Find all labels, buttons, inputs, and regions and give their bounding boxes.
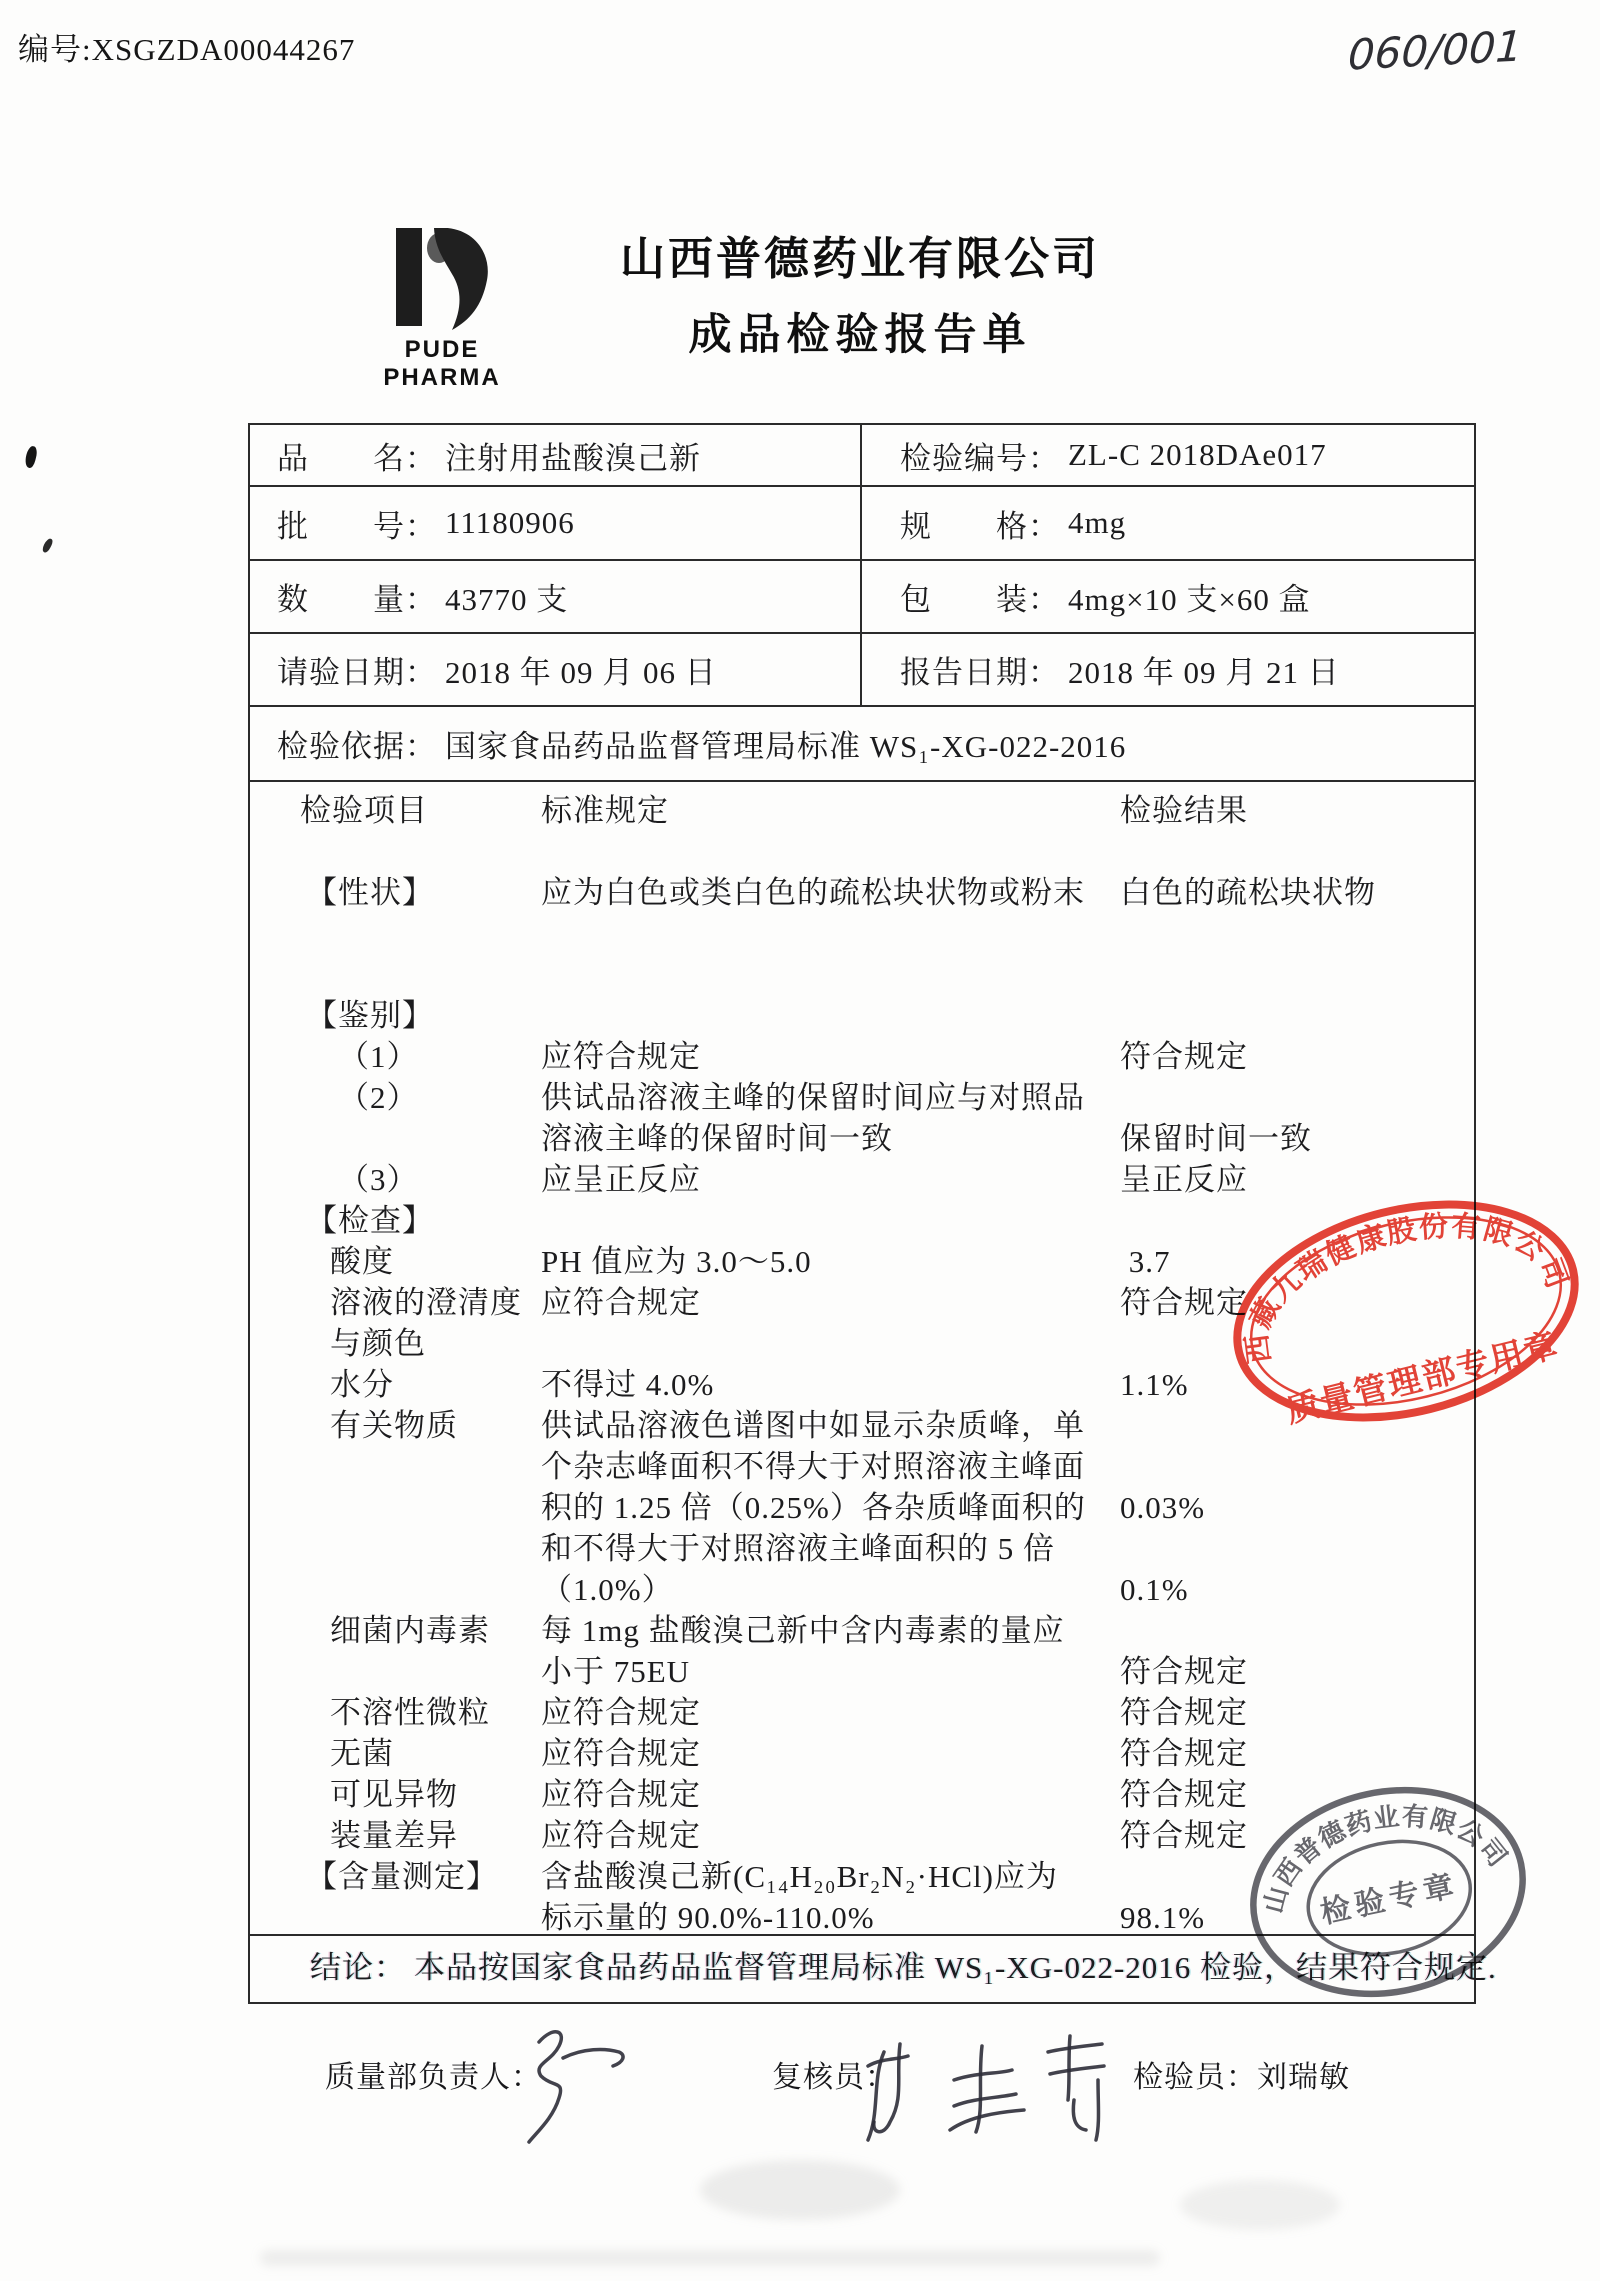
handwritten-page-code: 060/001	[1347, 21, 1524, 79]
report-date-label: 报告日期：	[900, 647, 1060, 692]
item-standard	[541, 1323, 1120, 1364]
spec-value: 4mg	[1068, 505, 1126, 541]
inspection-stamp: 山西普德药业有限公司 检验专章	[1238, 1776, 1538, 2008]
item-result: 符合规定	[1120, 1733, 1474, 1774]
item-result: 符合规定	[1120, 1651, 1474, 1692]
item-name: 与颜色	[250, 1323, 541, 1364]
pude-logo-icon	[382, 228, 502, 330]
item-name: 酸度	[250, 1241, 541, 1282]
basis-label: 检验依据：	[277, 721, 437, 766]
item-standard: 含盐酸溴己新(C₁₄H₂₀Br₂N₂·HCl)应为	[541, 1856, 1120, 1897]
item-standard: 应符合规定	[541, 1036, 1120, 1077]
package-value: 4mg×10 支×60 盒	[1068, 574, 1311, 619]
inspection-item-row: （1） 应符合规定 符合规定	[250, 1036, 1474, 1077]
inspector-label-name: 检验员：刘瑞敏	[1133, 2052, 1350, 2096]
inspection-item-row: 【性状】 应为白色或类白色的疏松块状物或粉末 白色的疏松块状物	[250, 872, 1474, 913]
package-label: 包 装：	[900, 574, 1060, 619]
scan-noise	[260, 2250, 1160, 2266]
inspection-item-row	[250, 831, 1474, 872]
item-name: 有关物质	[250, 1405, 541, 1446]
item-name: （3）	[250, 1159, 541, 1200]
inspection-item-row: （1.0%） 0.1%	[250, 1569, 1474, 1610]
item-name	[250, 913, 541, 954]
inspector-label: 检验员：	[1133, 2061, 1257, 2094]
item-name: 【检查】	[250, 1200, 541, 1241]
item-name	[250, 1118, 541, 1159]
item-name: 装量差异	[250, 1815, 541, 1856]
item-standard	[541, 913, 1120, 954]
doc-number: 编号:XSGZDA00044267	[18, 24, 355, 69]
request-date-value: 2018 年 09 月 06 日	[445, 647, 717, 692]
item-result	[1120, 1528, 1474, 1569]
item-standard: 标示量的 90.0%-110.0%	[541, 1897, 1120, 1934]
row-dates: 请验日期： 2018 年 09 月 06 日 报告日期： 2018 年 09 月…	[250, 634, 1474, 707]
item-name: 无菌	[250, 1733, 541, 1774]
inspection-item-row: 小于 75EU 符合规定	[250, 1651, 1474, 1692]
item-name	[250, 1528, 541, 1569]
item-standard: PH 值应为 3.0～5.0	[541, 1241, 1120, 1282]
inspection-item-row: 个杂志峰面积不得大于对照溶液主峰面	[250, 1446, 1474, 1487]
row-basis: 检验依据： 国家食品药品监督管理局标准 WS₁-XG-022-2016	[250, 707, 1474, 782]
item-name: 水分	[250, 1364, 541, 1405]
batch-no-label: 批 号：	[277, 501, 437, 546]
product-name-label: 品 名：	[277, 433, 437, 478]
item-name: 溶液的澄清度	[250, 1282, 541, 1323]
item-name: 【含量测定】	[250, 1856, 541, 1897]
item-standard	[541, 995, 1120, 1036]
inspection-item-row: 细菌内毒素 每 1mg 盐酸溴己新中含内毒素的量应	[250, 1610, 1474, 1651]
row-quantity: 数 量： 43770 支 包 装： 4mg×10 支×60 盒	[250, 561, 1474, 634]
col-header-result: 检验结果	[1120, 790, 1474, 831]
item-result: 0.1%	[1120, 1569, 1474, 1610]
item-standard: 和不得大于对照溶液主峰面积的 5 倍	[541, 1528, 1120, 1569]
quantity-cell: 数 量： 43770 支	[250, 561, 862, 632]
item-result	[1120, 995, 1474, 1036]
report-date-value: 2018 年 09 月 21 日	[1068, 647, 1340, 692]
item-result: 白色的疏松块状物	[1120, 872, 1474, 913]
item-standard	[541, 954, 1120, 995]
product-name-cell: 品 名： 注射用盐酸溴己新	[250, 425, 862, 485]
inspection-item-row: 积的 1.25 倍（0.25%）各杂质峰面积的 0.03%	[250, 1487, 1474, 1528]
basis-value: 国家食品药品监督管理局标准 WS₁-XG-022-2016	[445, 721, 1126, 766]
inspection-item-row: 和不得大于对照溶液主峰面积的 5 倍	[250, 1528, 1474, 1569]
item-result	[1120, 913, 1474, 954]
inspection-item-row: 【鉴别】	[250, 995, 1474, 1036]
item-name	[250, 1446, 541, 1487]
inspection-no-value: ZL-C 2018DAe017	[1068, 437, 1327, 473]
inspection-stamp-title: 检验专章	[1317, 1868, 1461, 1930]
item-standard	[541, 831, 1120, 872]
conclusion-label: 结论：	[310, 1942, 406, 1987]
item-result: 0.03%	[1120, 1487, 1474, 1528]
item-standard: 供试品溶液主峰的保留时间应与对照品	[541, 1077, 1120, 1118]
row-batch-no: 批 号： 11180906 规 格： 4mg	[250, 487, 1474, 561]
logo-wordmark: PUDE PHARMA	[352, 336, 532, 392]
item-name: （2）	[250, 1077, 541, 1118]
inspector-name: 刘瑞敏	[1257, 2061, 1350, 2094]
item-standard: 应为白色或类白色的疏松块状物或粉末	[541, 872, 1120, 913]
item-standard: 应符合规定	[541, 1815, 1120, 1856]
inspection-item-row	[250, 913, 1474, 954]
quality-dept-stamp: 西藏九瑞健康股份有限公司 质量管理部专用章	[1216, 1178, 1596, 1444]
item-standard: 应符合规定	[541, 1692, 1120, 1733]
batch-no-value: 11180906	[445, 505, 575, 541]
spec-cell: 规 格： 4mg	[862, 487, 1474, 559]
inspection-item-row: 溶液主峰的保留时间一致 保留时间一致	[250, 1118, 1474, 1159]
spec-label: 规 格：	[900, 501, 1060, 546]
inspection-no-label: 检验编号：	[900, 433, 1060, 478]
item-name	[250, 831, 541, 872]
item-name: （1）	[250, 1036, 541, 1077]
company-logo: PUDE PHARMA	[352, 228, 532, 392]
report-header: 山西普德药业有限公司 成品检验报告单	[560, 222, 1160, 362]
bleed-through-ghost	[1180, 2180, 1340, 2230]
scan-artifact	[41, 537, 54, 554]
col-header-item: 检验项目	[250, 790, 541, 831]
item-standard: （1.0%）	[541, 1569, 1120, 1610]
item-result	[1120, 954, 1474, 995]
item-name: 可见异物	[250, 1774, 541, 1815]
item-standard: 每 1mg 盐酸溴己新中含内毒素的量应	[541, 1610, 1120, 1651]
col-header-standard: 标准规定	[541, 790, 1120, 831]
bleed-through-ghost	[700, 2160, 900, 2220]
item-standard: 小于 75EU	[541, 1651, 1120, 1692]
item-name: 细菌内毒素	[250, 1610, 541, 1651]
item-result: 符合规定	[1120, 1692, 1474, 1733]
product-name-value: 注射用盐酸溴己新	[445, 433, 701, 478]
company-title: 山西普德药业有限公司	[560, 222, 1160, 287]
item-name	[250, 1651, 541, 1692]
quantity-value: 43770 支	[445, 574, 568, 619]
inspection-no-cell: 检验编号： ZL-C 2018DAe017	[862, 425, 1474, 485]
inspection-item-row: 不溶性微粒 应符合规定 符合规定	[250, 1692, 1474, 1733]
package-cell: 包 装： 4mg×10 支×60 盒	[862, 561, 1474, 632]
item-result	[1120, 1446, 1474, 1487]
reviewer-signature	[858, 2018, 1158, 2153]
item-result: 符合规定	[1120, 1036, 1474, 1077]
item-standard: 供试品溶液色谱图中如显示杂质峰，单	[541, 1405, 1120, 1446]
item-name	[250, 1569, 541, 1610]
item-standard: 个杂志峰面积不得大于对照溶液主峰面	[541, 1446, 1120, 1487]
scan-artifact	[23, 445, 38, 469]
item-name: 不溶性微粒	[250, 1692, 541, 1733]
inspection-item-row: 无菌 应符合规定 符合规定	[250, 1733, 1474, 1774]
report-title: 成品检验报告单	[560, 301, 1160, 362]
item-standard: 应符合规定	[541, 1774, 1120, 1815]
item-standard: 应呈正反应	[541, 1159, 1120, 1200]
item-name	[250, 1487, 541, 1528]
item-name: 【鉴别】	[250, 995, 541, 1036]
inspection-item-row: （2） 供试品溶液主峰的保留时间应与对照品	[250, 1077, 1474, 1118]
item-standard: 积的 1.25 倍（0.25%）各杂质峰面积的	[541, 1487, 1120, 1528]
request-date-label: 请验日期：	[277, 647, 437, 692]
inspection-report-page: 编号:XSGZDA00044267 060/001 PUDE PHARMA 山西…	[0, 0, 1600, 2281]
item-result	[1120, 1077, 1474, 1118]
batch-no-cell: 批 号： 11180906	[250, 487, 862, 559]
item-name: 【性状】	[250, 872, 541, 913]
item-name	[250, 954, 541, 995]
row-product-name: 品 名： 注射用盐酸溴己新 检验编号： ZL-C 2018DAe017	[250, 425, 1474, 487]
report-date-cell: 报告日期： 2018 年 09 月 21 日	[862, 634, 1474, 705]
quantity-label: 数 量：	[277, 574, 437, 619]
item-standard	[541, 1200, 1120, 1241]
qa-manager-signature	[505, 2022, 640, 2147]
item-name	[250, 1897, 541, 1934]
items-header-row: 检验项目 标准规定 检验结果	[250, 790, 1474, 831]
request-date-cell: 请验日期： 2018 年 09 月 06 日	[250, 634, 862, 705]
item-result: 保留时间一致	[1120, 1118, 1474, 1159]
inspection-item-row	[250, 954, 1474, 995]
item-standard: 溶液主峰的保留时间一致	[541, 1118, 1120, 1159]
item-result	[1120, 831, 1474, 872]
item-standard: 应符合规定	[541, 1282, 1120, 1323]
item-standard: 不得过 4.0%	[541, 1364, 1120, 1405]
item-result	[1120, 1610, 1474, 1651]
item-standard: 应符合规定	[541, 1733, 1120, 1774]
